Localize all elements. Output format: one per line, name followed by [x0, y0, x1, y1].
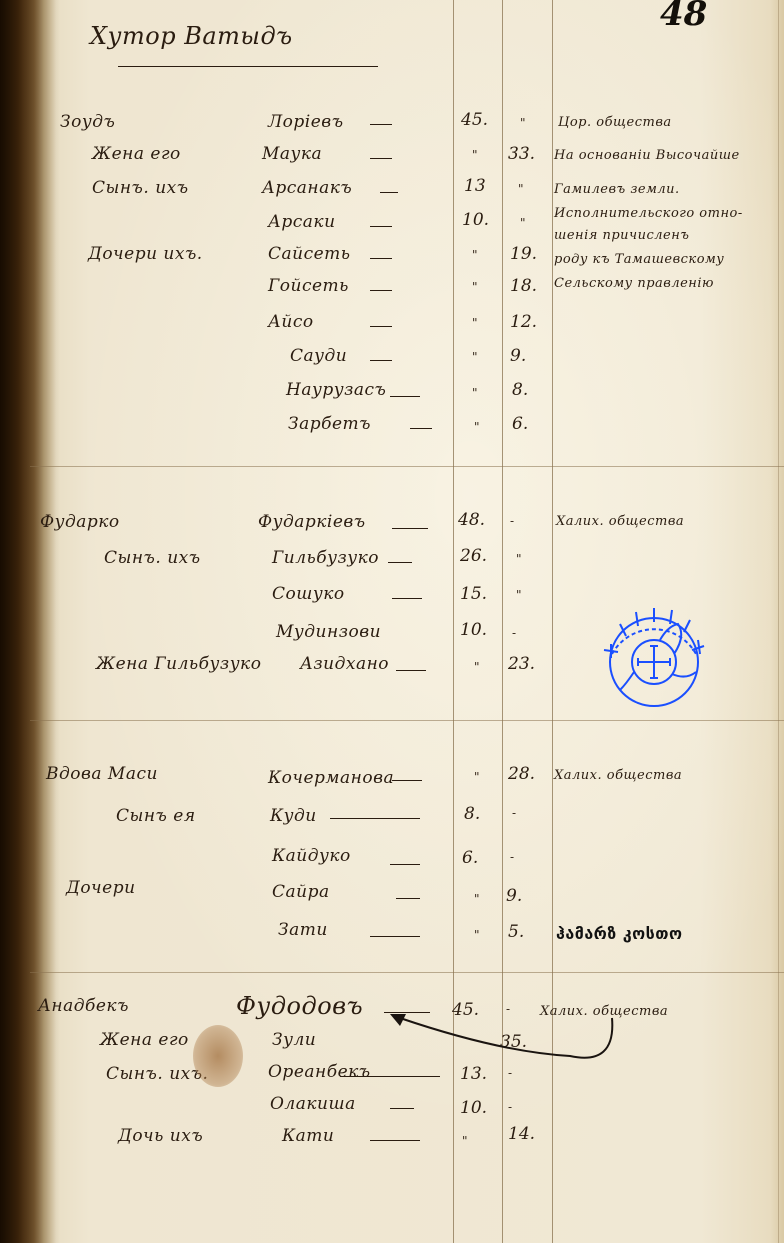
male-age: 15.	[460, 584, 487, 604]
relation: Зоудъ	[60, 112, 115, 132]
remark: Гамилевъ земли.	[554, 182, 680, 197]
dash-leader	[396, 670, 426, 671]
male-age: "	[474, 770, 480, 784]
dash-leader	[370, 290, 392, 291]
relation: Сынъ ея	[116, 806, 196, 826]
person-name: Куди	[270, 806, 317, 826]
female-age: 5.	[508, 922, 524, 942]
female-age: 14.	[508, 1124, 535, 1144]
dash-leader	[392, 780, 422, 781]
female-age: 12.	[510, 312, 537, 332]
section-divider-3	[30, 972, 784, 973]
page-heading: Хутор Ватыдъ	[90, 22, 293, 50]
male-age: "	[472, 248, 478, 262]
male-age: "	[472, 280, 478, 294]
person-name: Маука	[262, 144, 322, 164]
person-name: Гильбузуко	[272, 548, 379, 568]
female-age: -	[512, 806, 516, 820]
female-age: "	[520, 116, 526, 130]
male-age: "	[472, 386, 478, 400]
remark: Исполнительского отно-	[554, 206, 743, 221]
remark: Халих. общества	[556, 514, 684, 529]
male-age: 26.	[460, 546, 487, 566]
male-age: "	[474, 928, 480, 942]
relation: Жена его	[92, 144, 181, 164]
person-name: Айсо	[268, 312, 314, 332]
right-margin-rule	[778, 0, 779, 1243]
person-name: Кати	[282, 1126, 334, 1146]
female-age: "	[520, 216, 526, 230]
person-name: Мудинзови	[276, 622, 381, 642]
dash-leader	[396, 898, 420, 899]
person-name: Арсанакъ	[262, 178, 352, 198]
female-age: 19.	[510, 244, 537, 264]
person-name: Ореанбекъ	[268, 1062, 371, 1082]
male-age: 48.	[458, 510, 485, 530]
male-age: "	[472, 148, 478, 162]
person-name: Сауди	[290, 346, 347, 366]
relation: Сынъ. ихъ.	[106, 1064, 208, 1084]
document-page: 48 Хутор Ватыдъ Зоудъ Лоріевъ 45. " Цор.…	[0, 0, 784, 1243]
remark: На основаніи Высочайше	[554, 148, 740, 163]
female-age: -	[512, 626, 516, 640]
blue-sun-cross-symbol	[598, 602, 710, 712]
male-age: "	[474, 892, 480, 906]
person-name: Зарбетъ	[288, 414, 371, 434]
person-name: Сошуко	[272, 584, 345, 604]
female-age: 18.	[510, 276, 537, 296]
female-age: "	[518, 182, 524, 196]
relation: Фударко	[40, 512, 120, 532]
dash-leader	[370, 1140, 420, 1141]
female-age: 23.	[508, 654, 535, 674]
dash-leader	[370, 326, 392, 327]
person-name: Кайдуко	[272, 846, 351, 866]
remark: роду къ Тамашевскому	[554, 252, 724, 267]
female-age: 8.	[512, 380, 528, 400]
dash-leader	[370, 360, 392, 361]
male-age: 8.	[464, 804, 480, 824]
relation: Дочери ихъ.	[88, 244, 203, 264]
female-age: 33.	[508, 144, 535, 164]
remark: Сельскому правленію	[554, 276, 714, 291]
male-age: 13	[464, 176, 486, 196]
book-spine-shadow	[0, 0, 60, 1243]
person-name: Зули	[272, 1030, 316, 1050]
male-age: "	[474, 420, 480, 434]
relation: Анадбекъ	[38, 996, 129, 1016]
curved-arrow-annotation	[380, 1010, 620, 1070]
male-age: 10.	[460, 620, 487, 640]
person-name: Фудодовъ	[236, 992, 363, 1020]
male-age: "	[472, 350, 478, 364]
relation: Дочь ихъ	[118, 1126, 203, 1146]
female-age: "	[516, 552, 522, 566]
dash-leader	[340, 1076, 440, 1077]
dash-leader	[370, 936, 420, 937]
person-name: Олакиша	[270, 1094, 356, 1114]
female-age: "	[516, 588, 522, 602]
female-age: 28.	[508, 764, 535, 784]
dash-leader	[370, 226, 392, 227]
male-age: "	[474, 660, 480, 674]
person-name: Азидхано	[300, 654, 389, 674]
dash-leader	[392, 598, 422, 599]
female-age: 6.	[512, 414, 528, 434]
person-name: Фударкіевъ	[258, 512, 366, 532]
male-age: "	[462, 1134, 468, 1148]
female-age: 9.	[506, 886, 522, 906]
male-age: "	[472, 316, 478, 330]
georgian-name-label: ჰამარზ კოსთო	[556, 924, 683, 943]
page-number: 48	[660, 0, 707, 34]
heading-underline	[118, 66, 378, 67]
relation: Жена его	[100, 1030, 189, 1050]
remark: шенія причисленъ	[554, 228, 689, 243]
dash-leader	[410, 428, 432, 429]
relation: Сынъ. ихъ	[104, 548, 201, 568]
dash-leader	[370, 124, 392, 125]
male-age: 10.	[462, 210, 489, 230]
person-name: Сайра	[272, 882, 330, 902]
person-name: Гойсеть	[268, 276, 349, 296]
female-age: -	[510, 514, 514, 528]
relation: Жена Гильбузуко	[96, 654, 261, 674]
person-name: Зати	[278, 920, 328, 940]
male-age: 10.	[460, 1098, 487, 1118]
dash-leader	[370, 158, 392, 159]
female-age: -	[508, 1100, 512, 1114]
section-divider-1	[30, 466, 784, 467]
person-name: Кочерманова	[268, 768, 394, 788]
person-name: Арсаки	[268, 212, 336, 232]
male-age: 45.	[461, 110, 488, 130]
dash-leader	[388, 562, 412, 563]
dash-leader	[390, 1108, 414, 1109]
dash-leader	[390, 396, 420, 397]
dash-leader	[392, 528, 428, 529]
male-age: 6.	[462, 848, 478, 868]
section-divider-2	[30, 720, 784, 721]
brown-stain	[193, 1025, 243, 1087]
relation: Вдова Маси	[46, 764, 158, 784]
dash-leader	[330, 818, 420, 819]
dash-leader	[370, 258, 392, 259]
dash-leader	[390, 864, 420, 865]
person-name: Сайсеть	[268, 244, 351, 264]
dash-leader	[380, 192, 398, 193]
female-age: -	[510, 850, 514, 864]
person-name: Лоріевъ	[268, 112, 344, 132]
person-name: Наурузасъ	[286, 380, 386, 400]
relation: Дочери	[66, 878, 136, 898]
female-age: 9.	[510, 346, 526, 366]
remark: Халих. общества	[554, 768, 682, 783]
remark: Цор. общества	[558, 115, 672, 130]
relation: Сынъ. ихъ	[92, 178, 189, 198]
